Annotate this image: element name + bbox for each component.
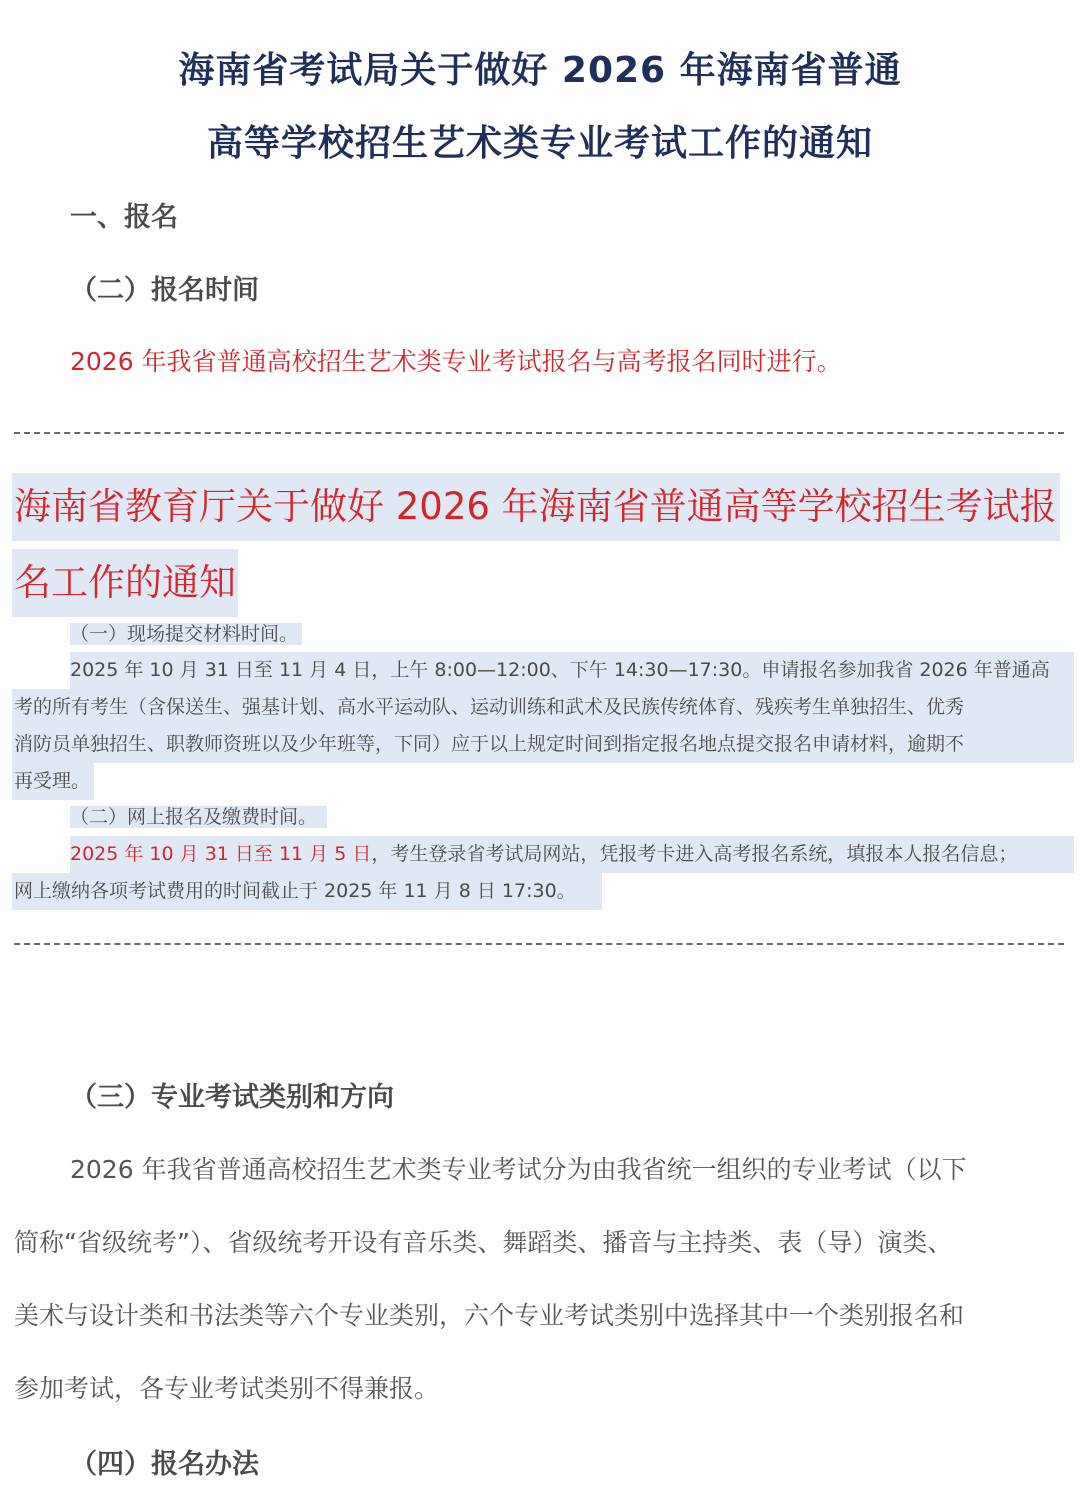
subsection-heading-registration-method: （四）报名办法 xyxy=(70,1442,259,1481)
item1-line-3: 消防员单独招生、职教师资班以及少年班等，下同）应于以上规定时间到指定报名地点提交… xyxy=(14,726,964,763)
item1-line-4: 再受理。 xyxy=(14,763,90,800)
item2-heading: （二）网上报名及缴费时间。 xyxy=(70,806,327,828)
item1-heading: （一）现场提交材料时间。 xyxy=(70,623,302,645)
categories-para-line-3: 美术与设计类和书法类等六个专业类别，六个专业考试类别中选择其中一个类别报名和 xyxy=(14,1296,964,1332)
item2-line-1: 2025 年 10 月 31 日至 11 月 5 日，考生登录省考试局网站，凭报… xyxy=(70,836,1017,873)
divider-top xyxy=(14,432,1064,434)
subsection-heading-registration-time: （二）报名时间 xyxy=(70,268,259,307)
item2-line-2: 网上缴纳各项考试费用的时间截止于 2025 年 11 月 8 日 17:30。 xyxy=(14,873,576,910)
divider-bottom xyxy=(14,943,1064,945)
item2-line-1-rest: ，考生登录省考试局网站，凭报考卡进入高考报名系统，填报本人报名信息； xyxy=(371,843,1017,865)
categories-para-line-4: 参加考试，各专业考试类别不得兼报。 xyxy=(14,1369,439,1405)
registration-time-text: 2026 年我省普通高校招生艺术类专业考试报名与高考报名同时进行。 xyxy=(70,342,842,378)
section-heading-registration: 一、报名 xyxy=(70,195,178,234)
item2-date-range: 2025 年 10 月 31 日至 11 月 5 日 xyxy=(70,843,371,865)
notice-title-line-2: 高等学校招生艺术类专业考试工作的通知 xyxy=(0,115,1080,166)
quoted-notice-title: 海南省教育厅关于做好 2026 年海南省普通高等学校招生考试报 名工作的通知 xyxy=(12,473,1060,617)
categories-para-line-1: 2026 年我省普通高校招生艺术类专业考试分为由我省统一组织的专业考试（以下 xyxy=(70,1150,967,1186)
notice-title-line-1: 海南省考试局关于做好 2026 年海南省普通 xyxy=(0,42,1080,93)
item1-line-2: 考的所有考生（含保送生、强基计划、高水平运动队、运动训练和武术及民族传统体育、残… xyxy=(14,689,964,726)
item1-line-1: 2025 年 10 月 31 日至 11 月 4 日，上午 8:00—12:00… xyxy=(70,652,1050,689)
categories-para-line-2: 简称“省级统考”）、省级统考开设有音乐类、舞蹈类、播音与主持类、表（导）演类、 xyxy=(14,1223,952,1259)
subsection-heading-categories: （三）专业考试类别和方向 xyxy=(70,1075,394,1114)
quoted-notice-title-line-2: 名工作的通知 xyxy=(12,549,238,617)
quoted-notice-title-line-1: 海南省教育厅关于做好 2026 年海南省普通高等学校招生考试报 xyxy=(12,473,1060,541)
